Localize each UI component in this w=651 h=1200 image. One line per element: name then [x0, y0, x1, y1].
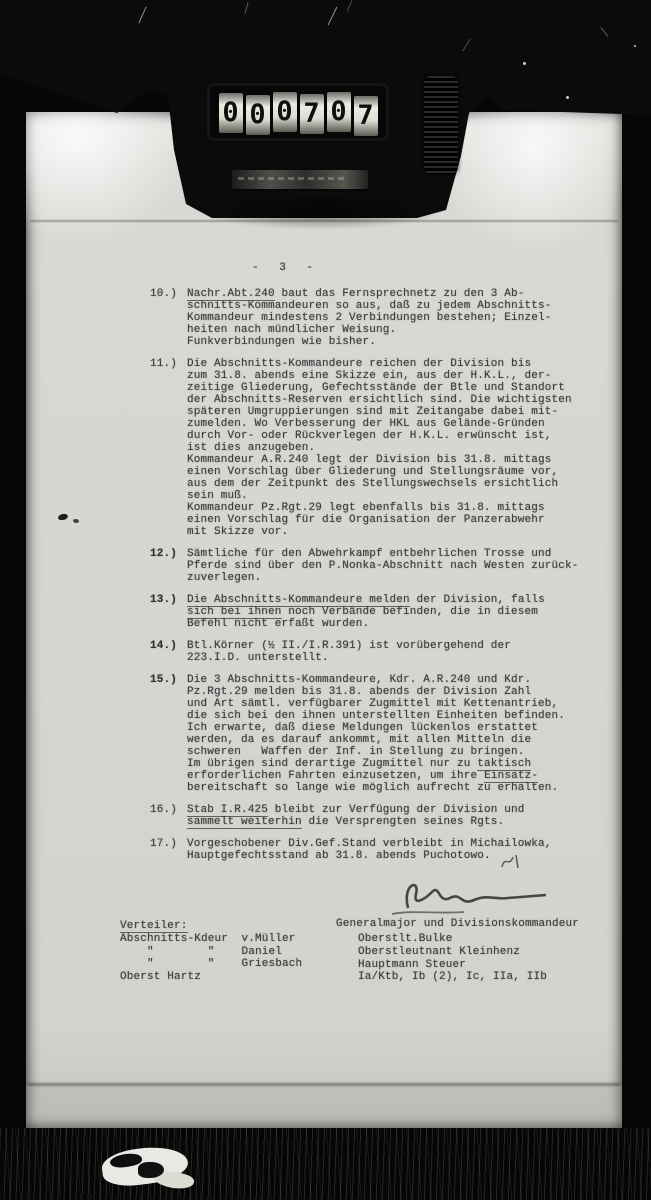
page-number: - 3 -: [252, 262, 582, 274]
item-text: Btl.Körner (½ II./I.R.391) ist vorüberge…: [187, 640, 582, 664]
distribution-line: Oberstleutnant Kleinhenz: [358, 946, 547, 959]
item-number: 11.): [150, 358, 187, 538]
counter-digit: 7: [300, 94, 324, 134]
order-items: 10.)Nachr.Abt.240 baut das Fernsprechnet…: [150, 288, 582, 862]
item-line: Stab I.R.425 bleibt zur Verfügung der Di…: [187, 804, 582, 816]
item-line: ist dies anzugeben.: [187, 442, 582, 454]
item-line: Kommandeur A.R.240 legt der Division bis…: [187, 454, 582, 466]
counter-shadow: [195, 196, 445, 230]
item-line: zeitige Gliederung, Gefechtsstände der B…: [187, 382, 582, 394]
counter-digit: 0: [327, 92, 351, 132]
item-line: Nachr.Abt.240 baut das Fernsprechnetz zu…: [187, 288, 582, 300]
item-line: zumelden. Wo Verbesserung der HKL aus Ge…: [187, 418, 582, 430]
distribution-line: " " Griesbach: [120, 958, 302, 971]
item-line: schweren Waffen der Inf. in Stellung zu …: [187, 746, 582, 758]
order-item: 14.)Btl.Körner (½ II./I.R.391) ist vorüb…: [150, 640, 582, 664]
distribution-left-column: Verteiler:Abschnitts-Kdeur v.Müller " " …: [120, 920, 302, 984]
item-number: 14.): [150, 640, 187, 664]
film-bottom-scratches: [0, 1128, 651, 1200]
item-number: 16.): [150, 804, 187, 828]
item-line: heiten nach mündlicher Weisung.: [187, 324, 582, 336]
item-line: und Art sämtl. verfügbarer Zugmittel mit…: [187, 698, 582, 710]
item-line: Pferde sind über den P.Nonka-Abschnitt n…: [187, 560, 582, 572]
item-line: die sich bei den ihnen unterstellten Ein…: [187, 710, 582, 722]
order-item: 17.)Vorgeschobener Div.Gef.Stand verblei…: [150, 838, 582, 862]
item-text: Stab I.R.425 bleibt zur Verfügung der Di…: [187, 804, 582, 828]
order-item: 12.)Sämtliche für den Abwehrkampf entbeh…: [150, 548, 582, 584]
item-line: sich bei ihnen noch Verbände befinden, d…: [187, 606, 582, 618]
item-line: Die 3 Abschnitts-Kommandeure, Kdr. A.R.2…: [187, 674, 582, 686]
document-body: - 3 - 10.)Nachr.Abt.240 baut das Fernspr…: [150, 262, 582, 930]
light-reflection-left: [26, 112, 196, 242]
counter-thumbwheel: [424, 76, 458, 174]
item-line: Pz.Rgt.29 melden bis 31.8. abends der Di…: [187, 686, 582, 698]
item-line: einen Vorschlag über Gliederung und Stel…: [187, 466, 582, 478]
item-line: sammelt weiterhin die Versprengten seine…: [187, 816, 582, 828]
counter-digit: 0: [273, 92, 297, 132]
item-line: durch Vor- oder Rückverlegen der H.K.L. …: [187, 430, 582, 442]
item-line: Ich erwarte, daß diese Meldungen lückenl…: [187, 722, 582, 734]
item-text: Nachr.Abt.240 baut das Fernsprechnetz zu…: [187, 288, 582, 348]
counter-digit: 0: [246, 95, 270, 135]
film-emulsion-blob: [102, 1146, 202, 1192]
film-speck: [566, 96, 569, 99]
item-number: 12.): [150, 548, 187, 584]
device-label-plate: [232, 170, 368, 189]
order-item: 16.)Stab I.R.425 bleibt zur Verfügung de…: [150, 804, 582, 828]
item-line: Funkverbindungen wie bisher.: [187, 336, 582, 348]
distribution-line: Oberst Hartz: [120, 971, 302, 984]
item-text: Die Abschnitts-Kommandeure melden der Di…: [187, 594, 582, 630]
item-text: Sämtliche für den Abwehrkampf entbehrlic…: [187, 548, 582, 584]
order-item: 10.)Nachr.Abt.240 baut das Fernsprechnet…: [150, 288, 582, 348]
item-line: der Abschnitts-Reserven ersichtlich sind…: [187, 394, 582, 406]
board-bottom-strip: [26, 1086, 622, 1128]
item-line: Sämtliche für den Abwehrkampf entbehrlic…: [187, 548, 582, 560]
order-item: 11.)Die Abschnitts-Kommandeure reichen d…: [150, 358, 582, 538]
item-line: sein muß.: [187, 490, 582, 502]
item-line: einen Vorschlag für die Organisation der…: [187, 514, 582, 526]
signature-title: Generalmajor und Divisionskommandeur: [336, 918, 582, 930]
film-speck: [634, 45, 636, 47]
signature-scrawl: [378, 872, 558, 918]
item-line: Btl.Körner (½ II./I.R.391) ist vorüberge…: [187, 640, 582, 652]
item-line: schnitts-Kommandeuren so aus, daß zu jed…: [187, 300, 582, 312]
item-number: 10.): [150, 288, 187, 348]
item-text: Die 3 Abschnitts-Kommandeure, Kdr. A.R.2…: [187, 674, 582, 794]
microfilm-frame: 000707 - 3 - 10.)Nachr.Abt.240 baut das …: [0, 0, 651, 1200]
distribution-line: Verteiler:: [120, 920, 302, 933]
item-line: Kommandeur Pz.Rgt.29 legt ebenfalls bis …: [187, 502, 582, 514]
item-line: werden, da es darauf ankommt, mit allen …: [187, 734, 582, 746]
counter-digit: 7: [354, 96, 378, 136]
counter-digits: 000707: [210, 86, 386, 138]
item-line: 223.I.D. unterstellt.: [187, 652, 582, 664]
item-line: Die Abschnitts-Kommandeure melden der Di…: [187, 594, 582, 606]
order-item: 15.)Die 3 Abschnitts-Kommandeure, Kdr. A…: [150, 674, 582, 794]
item-line: späteren Umgruppierungen sind mit Zeitan…: [187, 406, 582, 418]
item-line: Befehl nicht erfaßt wurden.: [187, 618, 582, 630]
film-speck: [523, 62, 526, 65]
item-line: bereitschaft so lange wie möglich aufrec…: [187, 782, 582, 794]
item-line: aus dem der Zeitpunkt des Stellungswechs…: [187, 478, 582, 490]
distribution-line: Ia/Ktb, Ib (2), Ic, IIa, IIb: [358, 971, 547, 984]
item-line: Vorgeschobener Div.Gef.Stand verbleibt i…: [187, 838, 582, 850]
counter-digit: 0: [219, 93, 243, 133]
item-line: Kommandeur mindestens 2 Verbindungen bes…: [187, 312, 582, 324]
order-item: 13.)Die Abschnitts-Kommandeure melden de…: [150, 594, 582, 630]
distribution-line: Hauptmann Steuer: [358, 959, 547, 972]
item-line: Hauptgefechtsstand ab 31.8. abends Pucho…: [187, 850, 582, 862]
item-number: 17.): [150, 838, 187, 862]
distribution-right-column: Oberstlt.BulkeOberstleutnant KleinhenzHa…: [358, 933, 547, 984]
item-number: 15.): [150, 674, 187, 794]
item-text: Vorgeschobener Div.Gef.Stand verbleibt i…: [187, 838, 582, 862]
item-line: erforderlichen Fahrten einzusetzen, um i…: [187, 770, 582, 782]
item-line: zuverlegen.: [187, 572, 582, 584]
item-line: zum 31.8. abends eine Skizze ein, aus de…: [187, 370, 582, 382]
item-line: Die Abschnitts-Kommandeure reichen der D…: [187, 358, 582, 370]
item-text: Die Abschnitts-Kommandeure reichen der D…: [187, 358, 582, 538]
distribution-line: Oberstlt.Bulke: [358, 933, 547, 946]
distribution-line: " " Daniel: [120, 946, 302, 959]
distribution-line: Abschnitts-Kdeur v.Müller: [120, 933, 302, 946]
item-line: Im übrigen sind derartige Zugmittel nur …: [187, 758, 582, 770]
item-line: mit Skizze vor.: [187, 526, 582, 538]
item-number: 13.): [150, 594, 187, 630]
